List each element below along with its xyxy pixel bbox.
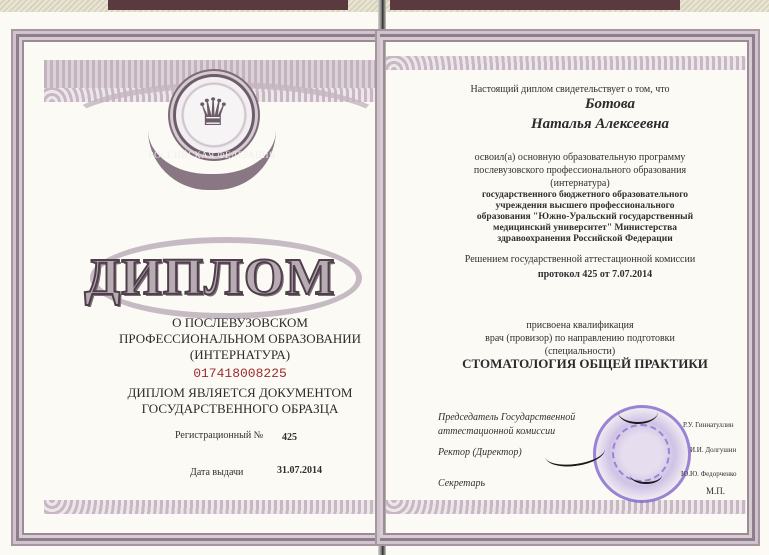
- subtitle-line-1: О ПОСЛЕВУЗОВСКОМ: [100, 315, 380, 331]
- wave-border-bottom: [386, 500, 746, 514]
- secretary-name: Ю.Ю. Федорченко: [681, 470, 737, 478]
- chair-name: Р.У. Гиниатуллин: [683, 421, 734, 429]
- rector-name: И.И. Долгушин: [690, 446, 736, 454]
- emblem-ribbon-text: РОССИЙСКАЯ ФЕДЕРАЦИЯ: [148, 150, 276, 160]
- registration-number: 425: [282, 432, 297, 443]
- commission-decision: Решением государственной аттестационной …: [440, 254, 720, 265]
- qualification-line-2: врач (провизор) по направлению подготовк…: [440, 333, 720, 344]
- wave-border-bottom: [44, 500, 378, 514]
- secretary-signature: [630, 466, 662, 484]
- institution-line-4: медицинский университет" Министерства: [440, 223, 730, 233]
- intro-text: Настоящий диплом свидетельствует о том, …: [440, 84, 700, 95]
- institution-line-2: учреждения высшего профессионального: [440, 201, 730, 211]
- program-line-2: послевузовского профессионального образо…: [440, 165, 720, 176]
- serial-number: 017418008225: [100, 366, 380, 381]
- chair-signature: [618, 400, 658, 424]
- subtitle-line-3: (ИНТЕРНАТУРА): [100, 347, 380, 363]
- diploma-title: ДИПЛОМ: [60, 248, 360, 307]
- specialty: СТОМАТОЛОГИЯ ОБЩЕЙ ПРАКТИКИ: [440, 356, 730, 372]
- program-line-3: (интернатура): [440, 178, 720, 189]
- institution-line-1: государственного бюджетного образователь…: [440, 190, 730, 200]
- registration-label: Регистрационный №: [175, 430, 263, 441]
- subtitle-line-2: ПРОФЕССИОНАЛЬНОМ ОБРАЗОВАНИИ: [100, 331, 380, 347]
- wave-border-top: [386, 56, 746, 70]
- holder-surname: Ботова: [540, 96, 680, 113]
- secretary-label: Секретарь: [438, 478, 485, 489]
- holder-given-names: Наталья Алексеевна: [500, 116, 700, 133]
- program-line-1: освоил(а) основную образовательную прогр…: [440, 152, 720, 163]
- cover-edge-left: [108, 0, 348, 10]
- protocol-number: протокол 425 от 7.07.2014: [470, 269, 720, 280]
- seal-place-label: М.П.: [706, 486, 725, 496]
- cover-edge-right: [390, 0, 680, 10]
- chair-label-line-2: аттестационной комиссии: [438, 426, 555, 437]
- statement-line-1: ДИПЛОМ ЯВЛЯЕТСЯ ДОКУМЕНТОМ: [100, 385, 380, 401]
- institution-line-3: образования "Южно-Уральский государствен…: [440, 212, 730, 222]
- chair-label-line-1: Председатель Государственной: [438, 412, 575, 423]
- statement-line-2: ГОСУДАРСТВЕННОГО ОБРАЗЦА: [100, 401, 380, 417]
- rector-label: Ректор (Директор): [438, 447, 522, 458]
- issue-date: 31.07.2014: [277, 465, 322, 476]
- issue-date-label: Дата выдачи: [190, 467, 243, 478]
- qualification-line-1: присвоена квалификация: [440, 320, 720, 331]
- institution-line-5: здравоохранения Российской Федерации: [440, 234, 730, 244]
